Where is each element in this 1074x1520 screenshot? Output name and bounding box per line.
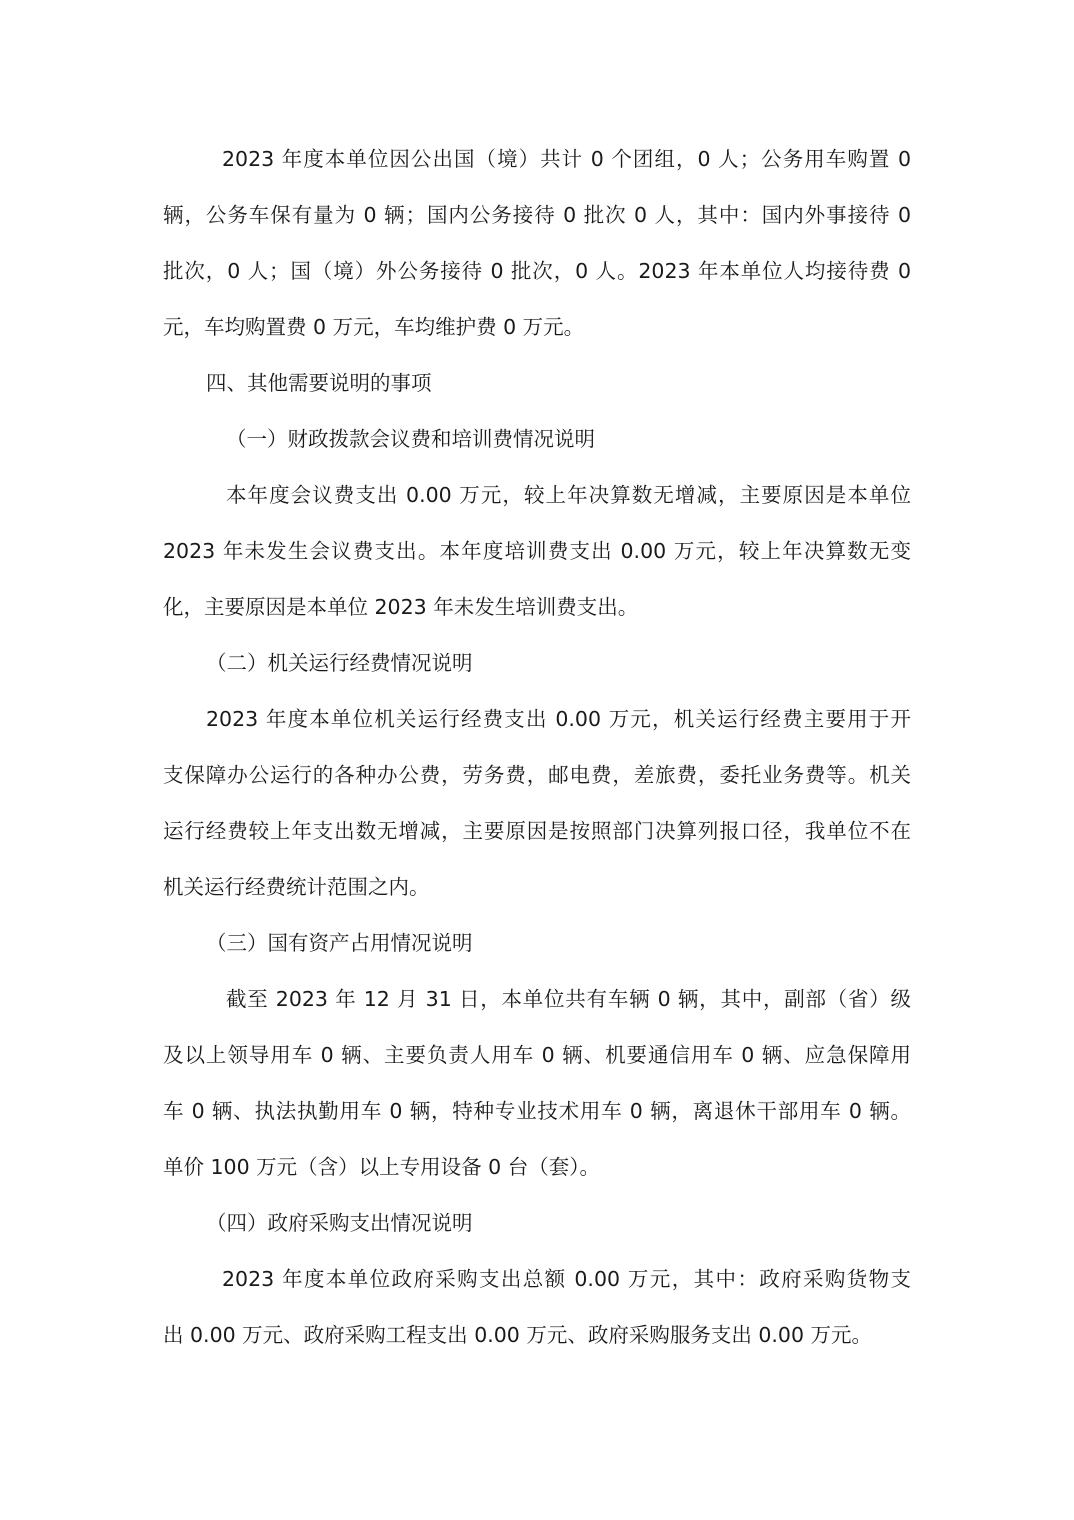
body-line: 化，主要原因是本单位 2023 年未发生培训费支出。 [163, 593, 911, 621]
body-line: 运行经费较上年支出数无增减，主要原因是按照部门决算列报口径，我单位不在 [163, 817, 911, 845]
body-line: 2023 年度本单位政府采购支出总额 0.00 万元，其中：政府采购货物支 [222, 1265, 911, 1293]
body-line: 出 0.00 万元、政府采购工程支出 0.00 万元、政府采购服务支出 0.00… [163, 1321, 911, 1349]
subsection-heading: （一）财政拨款会议费和培训费情况说明 [226, 425, 974, 453]
body-line: 支保障办公运行的各种办公费，劳务费，邮电费，差旅费，委托业务费等。机关 [163, 761, 911, 789]
body-line: 2023 年未发生会议费支出。本年度培训费支出 0.00 万元，较上年决算数无变 [163, 537, 911, 565]
body-line: 本年度会议费支出 0.00 万元，较上年决算数无增减，主要原因是本单位 [226, 481, 911, 509]
subsection-heading: （三）国有资产占用情况说明 [206, 929, 954, 957]
subsection-heading: （四）政府采购支出情况说明 [206, 1209, 954, 1237]
document-page: 2023 年度本单位因公出国（境）共计 0 个团组，0 人；公务用车购置 0 辆… [0, 0, 1074, 1520]
subsection-heading: （二）机关运行经费情况说明 [206, 649, 954, 677]
body-line: 2023 年度本单位机关运行经费支出 0.00 万元，机关运行经费主要用于开 [206, 705, 911, 733]
body-line: 辆，公务车保有量为 0 辆；国内公务接待 0 批次 0 人，其中：国内外事接待 … [163, 201, 911, 229]
body-line: 批次，0 人；国（境）外公务接待 0 批次，0 人。2023 年本单位人均接待费… [163, 257, 911, 285]
section-heading: 四、其他需要说明的事项 [206, 369, 954, 397]
body-line: 及以上领导用车 0 辆、主要负责人用车 0 辆、机要通信用车 0 辆、应急保障用 [163, 1041, 911, 1069]
body-line: 2023 年度本单位因公出国（境）共计 0 个团组，0 人；公务用车购置 0 [222, 145, 911, 173]
body-line: 机关运行经费统计范围之内。 [163, 873, 911, 901]
body-line: 元，车均购置费 0 万元，车均维护费 0 万元。 [163, 313, 911, 341]
body-line: 单价 100 万元（含）以上专用设备 0 台（套）。 [163, 1153, 911, 1181]
body-line: 车 0 辆、执法执勤用车 0 辆，特种专业技术用车 0 辆，离退休干部用车 0 … [163, 1097, 911, 1125]
body-line: 截至 2023 年 12 月 31 日，本单位共有车辆 0 辆，其中，副部（省）… [226, 985, 911, 1013]
